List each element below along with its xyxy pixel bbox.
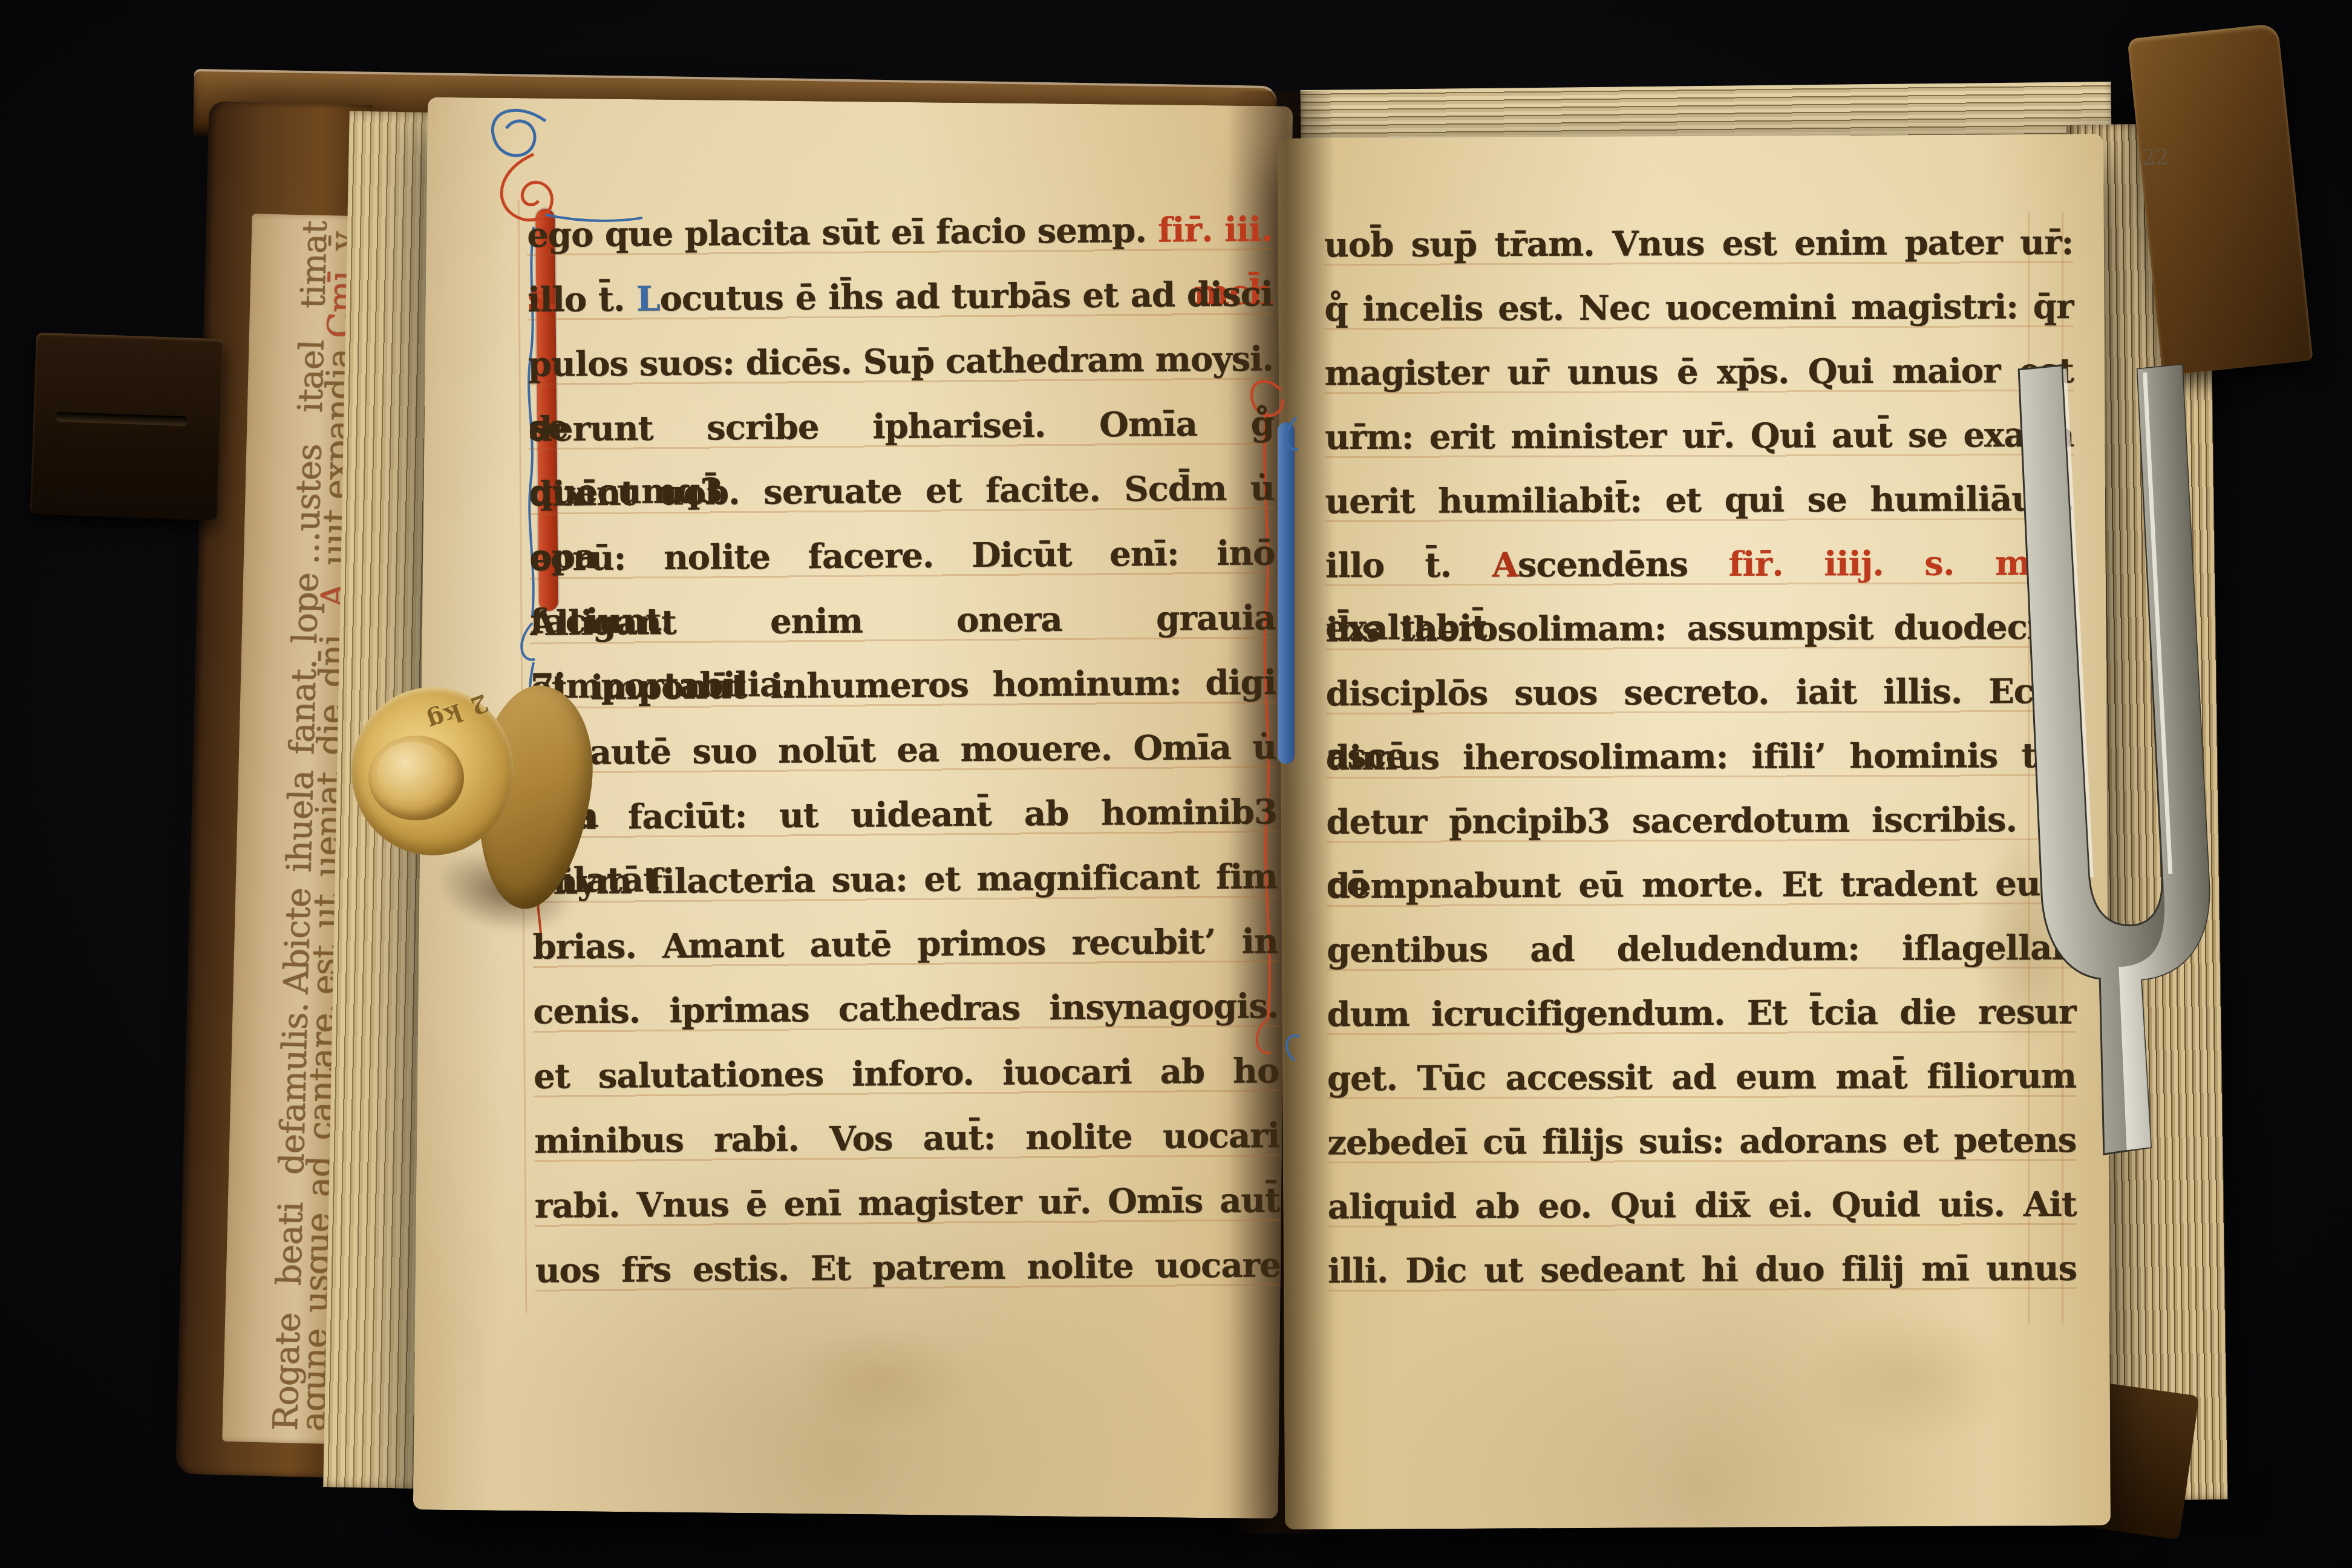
- manuscript-line: Alligant enim onera grauia 7importabilia…: [530, 586, 1276, 657]
- manuscript-line: derunt scribe ipharisei. Omīa g̊ quecumq…: [528, 392, 1274, 463]
- manuscript-line: ih̄s iherosolimam: assumpsit duodecim: [1325, 596, 2074, 663]
- manuscript-line: detur p̄ncipib3 sacerdotum iscribis. et …: [1326, 789, 2075, 855]
- metal-fork-page-holder[interactable]: [2002, 358, 2243, 1177]
- manuscript-line: rabi. Vnus ē enī magister ur̄. Omīs aut̄: [534, 1169, 1280, 1240]
- manuscript-line: dempnabunt eū morte. Et tradent eum: [1327, 853, 2076, 920]
- manuscript-line: sua faciūt: ut uideant̄ ab hominib3 Dila…: [531, 780, 1277, 851]
- manuscript-line: cenis. iprimas cathedras insynagogis.: [533, 975, 1279, 1045]
- right-page-text-column: uob̄ sup̄ tr̄am. Vnus est enim pater ur̄…: [1324, 212, 2077, 1304]
- manuscript-line: illo t̄. Locutus ē ih̄s ad turbās et ad …: [528, 263, 1273, 333]
- manuscript-line: dixīnt uob̄. seruate et facite. Scd̄m u̇…: [529, 457, 1275, 528]
- manuscript-line: ur̄m: erit minister ur̄. Qui aut̄ se exa…: [1325, 404, 2074, 471]
- manuscript-line: illo t̄. Ascendēns fir̄. iiij. s. mch̄ e…: [1325, 532, 2074, 599]
- manuscript-line: ego que placita sūt eī facio semp. fir̄.…: [527, 198, 1273, 269]
- manuscript-line: illi. Dic ut sedeant hi duo filij mī unu…: [1328, 1238, 2077, 1304]
- manuscript-line: gentibus ad deludendum: iflagellan: [1327, 917, 2076, 984]
- manuscript-line: brias. Amant autē primos recubit’ in: [532, 910, 1278, 981]
- photo-background: …ustes itael timat uut expandia Cmī. v̄.…: [0, 0, 2352, 1568]
- clasp-slit: [55, 412, 188, 426]
- manuscript-line: uerit humiliabit̄: et qui se humiliāuit.: [1325, 468, 2074, 535]
- manuscript-line: aliquid ab eo. Qui dix̄ ei. Quid uis. Ai…: [1327, 1174, 2076, 1240]
- manuscript-line: dum icrucifigendum. Et t̄cia die resur: [1327, 981, 2076, 1048]
- manuscript-line: et salutationes inforo. iuocari ab ho: [534, 1039, 1279, 1110]
- left-page-text-column: ego que placita sūt eī facio semp. fir̄.…: [527, 198, 1281, 1304]
- manuscript-line: pulos suos: dicēs. Sup̄ cathedram moysi.…: [528, 327, 1274, 398]
- weight-knob-top: [377, 742, 448, 802]
- manuscript-line: to autē suo nolūt ea mouere. Omīa u̇ opa: [531, 716, 1277, 786]
- manuscript-line: disciplōs suos secreto. iait illis. Ecce…: [1325, 661, 2074, 727]
- folio-number: 22: [2141, 145, 2169, 171]
- manuscript-line: dimus iherosolimam: ifili’ hominis tra: [1326, 725, 2075, 791]
- manuscript-line: et imponūt inhumeros hominum: digi: [531, 651, 1276, 722]
- manuscript-line: uob̄ sup̄ tr̄am. Vnus est enim pater ur̄…: [1324, 212, 2073, 278]
- brass-book-weight[interactable]: 2 kg: [348, 676, 602, 936]
- manuscript-line: magister ur̄ unus ē xp̄s. Qui maior est: [1325, 340, 2074, 407]
- manuscript-line: minibus rabi. Vos aut̄: nolite uocari: [534, 1104, 1280, 1175]
- manuscript-line: q̊ incelis est. Nec uocemini magistri: q…: [1324, 276, 2073, 342]
- manuscript-line: zebedeī cū filijs suis: adorans et peten…: [1327, 1109, 2076, 1176]
- manuscript-line: enym filacteria sua: et magnificant fim: [532, 845, 1278, 916]
- manuscript-line: uos fr̄s estis. Et patrem nolite uocare: [535, 1233, 1281, 1304]
- manuscript-line: eorū: nolite facere. Dicūt enī: inō faci…: [529, 521, 1275, 592]
- leather-clasp-tab: [30, 333, 224, 521]
- manuscript-line: get. Tūc accessit ad eum mat̄ filiorum: [1327, 1045, 2076, 1112]
